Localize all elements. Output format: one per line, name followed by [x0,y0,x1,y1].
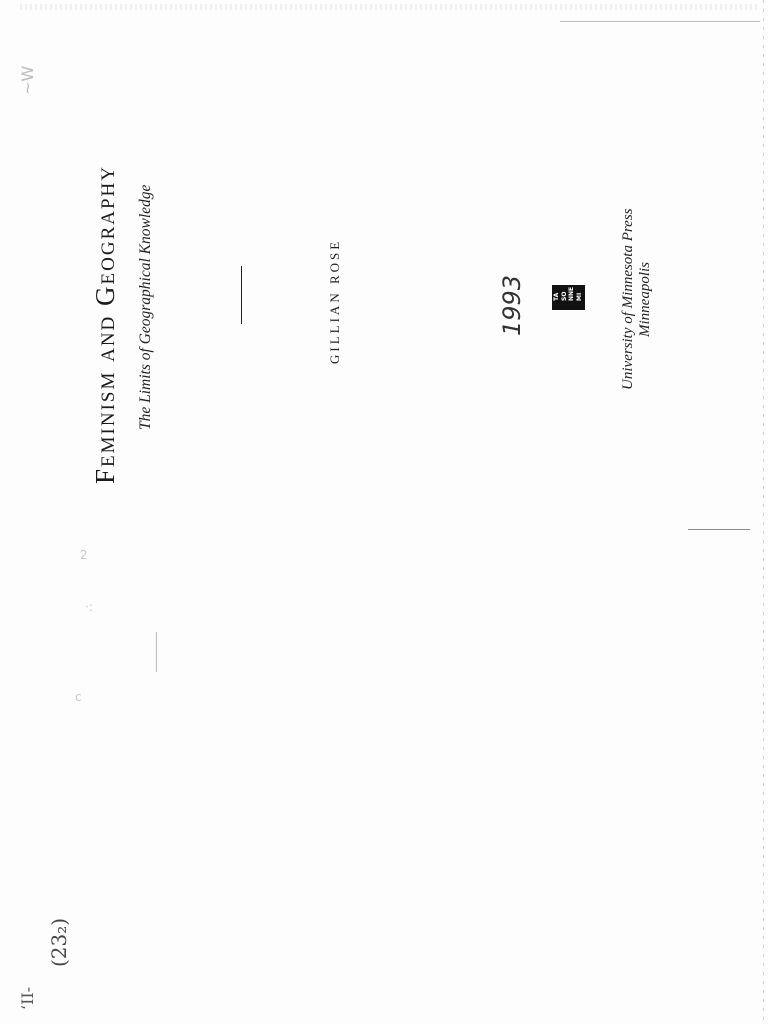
corner-handwritten-mark: ~W [18,66,37,95]
logo-line: MI [577,295,583,301]
scan-page-edge [763,0,764,1024]
logo-line: TA [554,295,560,301]
faint-pencil-line [156,632,157,672]
publisher-logo: MI NNE SO TA [552,285,585,310]
margin-handwritten-mark: ʻII- [18,987,37,1010]
title-page: ~W Feminism and Geography The Limits of … [0,0,768,1024]
scan-edge-line [560,21,760,22]
margin-handwritten-note: (23₂) [47,918,71,967]
book-title: Feminism and Geography [90,165,121,484]
book-subtitle: The Limits of Geographical Knowledge [137,185,155,430]
scan-noise-top [20,4,760,10]
faint-pencil-mark: ·: [85,600,93,614]
author-name: GILLIAN ROSE [327,239,343,364]
title-divider-rule [241,266,242,324]
publisher-name: University of Minnesota Press [620,208,637,390]
publisher-place: Minneapolis [637,262,654,337]
faint-pencil-mark: c [75,690,82,704]
scan-fold-mark [688,529,750,530]
handwritten-year: 1993 [498,275,526,336]
logo-line: SO [562,295,568,301]
faint-pencil-mark: 2 [80,548,88,562]
logo-line: NNE [569,295,575,301]
